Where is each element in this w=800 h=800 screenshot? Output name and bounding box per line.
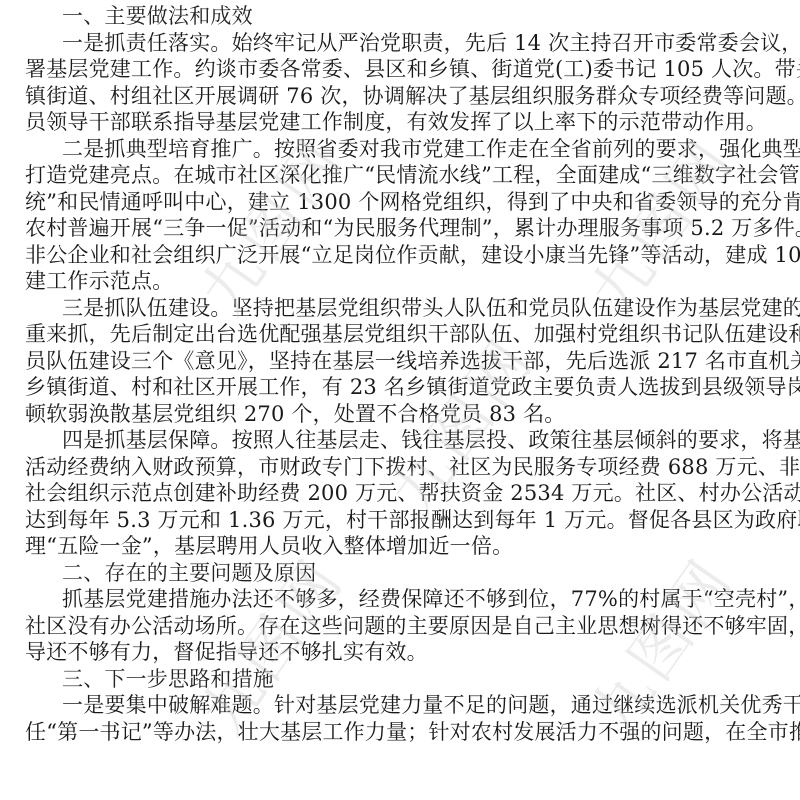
paragraph-line: 员领导干部联系指导基层党建工作制度，有效发挥了以上率下的示范带动作用。 [25, 109, 775, 136]
paragraph-line: 农村普遍开展“三争一促”活动和“为民服务代理制”，累计办理服务事项 5.2 万多… [25, 215, 775, 242]
paragraph-line: 建工作示范点。 [25, 268, 775, 295]
paragraph-line: 达到每年 5.3 万元和 1.36 万元，村干部报酬达到每年 1 万元。督促各县… [25, 507, 775, 534]
paragraph-line: 任“第一书记”等办法，壮大基层工作力量；针对农村发展活力不强的问题，在全市推广村 [25, 719, 775, 746]
paragraph-line: 社区没有办公活动场所。存在这些问题的主要原因是自己主业思想树得还不够牢固，压力传 [25, 613, 775, 640]
paragraph-line: 理“五险一金”，基层聘用人员收入整体增加近一倍。 [25, 533, 775, 560]
paragraph-line: 署基层党建工作。约谈市委各常委、县区和乡镇、街道党(工)委书记 105 人次。带… [25, 56, 775, 83]
paragraph-line: 抓基层党建措施办法还不够多，经费保障还不够到位，77%的村属于“空壳村”，7 个 [25, 586, 775, 613]
document-body: 一、主要做法和成效一是抓责任落实。始终牢记从严治党职责，先后 14 次主持召开市… [25, 3, 775, 745]
section-heading: 三、下一步思路和措施 [25, 666, 775, 693]
paragraph-line: 打造党建亮点。在城市社区深化推广“民情流水线”工程，全面建成“三维数字社会管理系 [25, 162, 775, 189]
paragraph-line: 员队伍建设三个《意见》，坚持在基层一线培养选拔干部，先后选派 217 名市直机关… [25, 348, 775, 375]
paragraph-line: 统”和民情通呼叫中心，建立 1300 个网格党组织，得到了中央和省委领导的充分肯… [25, 189, 775, 216]
paragraph-line: 乡镇街道、村和社区开展工作，有 23 名乡镇街道党政主要负责人选拔到县级领导岗位… [25, 374, 775, 401]
paragraph-line: 镇街道、村组社区开展调研 76 次，协调解决了基层组织服务群众专项经费等问题。建… [25, 83, 775, 110]
paragraph-line: 二是抓典型培育推广。按照省委对我市党建工作走在全省前列的要求，强化典型培育， [25, 136, 775, 163]
paragraph-line: 非公企业和社会组织广泛开展“立足岗位作贡献，建设小康当先锋”等活动，建成 100… [25, 242, 775, 269]
paragraph-line: 一是要集中破解难题。针对基层党建力量不足的问题，通过继续选派机关优秀干部到村 [25, 692, 775, 719]
paragraph-line: 导还不够有力，督促指导还不够扎实有效。 [25, 639, 775, 666]
paragraph-line: 四是抓基层保障。按照人往基层走、钱往基层投、政策往基层倾斜的要求，将基层组织 [25, 427, 775, 454]
paragraph-line: 三是抓队伍建设。坚持把基层党组织带头人队伍和党员队伍建设作为基层党建的重中之 [25, 295, 775, 322]
paragraph-line: 社会组织示范点创建补助经费 200 万元、帮扶资金 2534 万元。社区、村办公… [25, 480, 775, 507]
section-heading: 一、主要做法和成效 [25, 3, 775, 30]
paragraph-line: 顿软弱涣散基层党组织 270 个，处置不合格党员 83 名。 [25, 401, 775, 428]
section-heading: 二、存在的主要问题及原因 [25, 560, 775, 587]
paragraph-line: 活动经费纳入财政预算，市财政专门下拨村、社区为民服务专项经费 688 万元、非公… [25, 454, 775, 481]
paragraph-line: 一是抓责任落实。始终牢记从严治党职责，先后 14 次主持召开市委常委会议，研究部 [25, 30, 775, 57]
paragraph-line: 重来抓，先后制定出台选优配强基层党组织干部队伍、加强村党组织书记队伍建设和加强党 [25, 321, 775, 348]
